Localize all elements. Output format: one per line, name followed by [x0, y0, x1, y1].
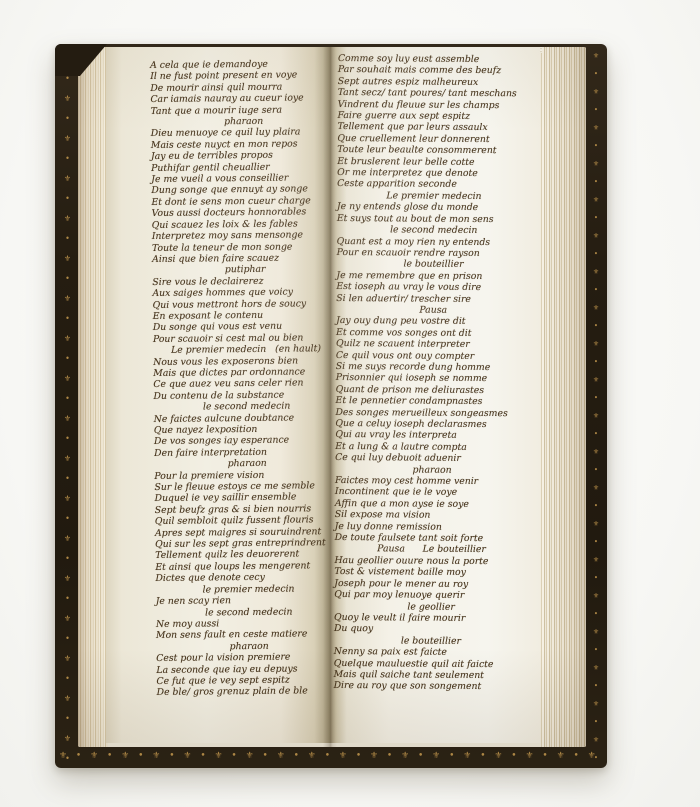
verse-line: Du quoy — [334, 623, 528, 636]
verse-line: Si len aduertir/ trescher sire — [336, 293, 530, 306]
right-page-text: Comme soy luy eust assemblePar souhait m… — [334, 53, 532, 693]
verse-line: Quilz ne scauent interpreter — [336, 338, 530, 351]
left-page-text: A cela que ie demandoyeIl ne fust point … — [150, 58, 343, 699]
verse-line: Toute leur beaulte consommerent — [337, 144, 531, 157]
verse-line: Est ioseph au vray le vous dire — [336, 281, 530, 294]
verse-line: Ce qui luy debuoit aduenir — [335, 452, 529, 465]
verse-line: Jay ouy dung peu vostre dit — [336, 315, 530, 328]
verse-line: Tost & vistement baille moy — [334, 566, 528, 579]
speaker-heading: Le premier medecin (en hault) — [153, 343, 339, 356]
gilt-fleur-border-right: ⚜ • ⚜ • ⚜ • ⚜ • ⚜ • ⚜ • ⚜ • ⚜ • ⚜ • ⚜ • … — [584, 48, 607, 766]
verse-line: Et suys tout au bout de mon sens — [337, 213, 531, 226]
verse-line: Pour en scauoir rendre rayson — [337, 247, 531, 260]
gilt-fleur-border-left: ⚜ • ⚜ • ⚜ • ⚜ • ⚜ • ⚜ • ⚜ • ⚜ • ⚜ • ⚜ • … — [55, 52, 80, 766]
page-block: A cela que ie demandoyeIl ne fust point … — [78, 47, 586, 747]
verse-line: Ceste apparition seconde — [337, 178, 531, 191]
page-edges-left — [78, 47, 108, 747]
verse-line: Tant secz/ tant poures/ tant meschans — [338, 87, 532, 100]
left-page: A cela que ie demandoyeIl ne fust point … — [106, 47, 330, 743]
right-page: Comme soy luy eust assemblePar souhait m… — [330, 47, 540, 743]
gutter-shadow — [323, 47, 337, 747]
verse-line: Je ny entends glose du monde — [337, 201, 531, 214]
verse-line: Nenny sa paix est faicte — [334, 646, 528, 659]
verse-line: Dire au roy que son songement — [334, 680, 528, 693]
verse-line: Qui par moy lenuoye querir — [334, 589, 528, 602]
verse-line: De ble/ gros grenuz plain de ble — [157, 685, 343, 698]
antique-book: A cela que ie demandoyeIl ne fust point … — [55, 44, 607, 768]
gilt-fleur-border-bottom: ⚜ • ⚜ • ⚜ • ⚜ • ⚜ • ⚜ • ⚜ • ⚜ • ⚜ • ⚜ • … — [59, 745, 603, 768]
verse-line: De toute faulsete tant soit forte — [335, 532, 529, 545]
verse-line: Et le pennetier condampnastes — [336, 395, 530, 408]
page-edges-fore — [540, 47, 586, 747]
verse-line: Et dont ie sens mon cueur charge — [151, 195, 337, 208]
photo-background: A cela que ie demandoyeIl ne fust point … — [0, 0, 700, 807]
verse-line: Sil expose ma vision — [335, 509, 529, 522]
